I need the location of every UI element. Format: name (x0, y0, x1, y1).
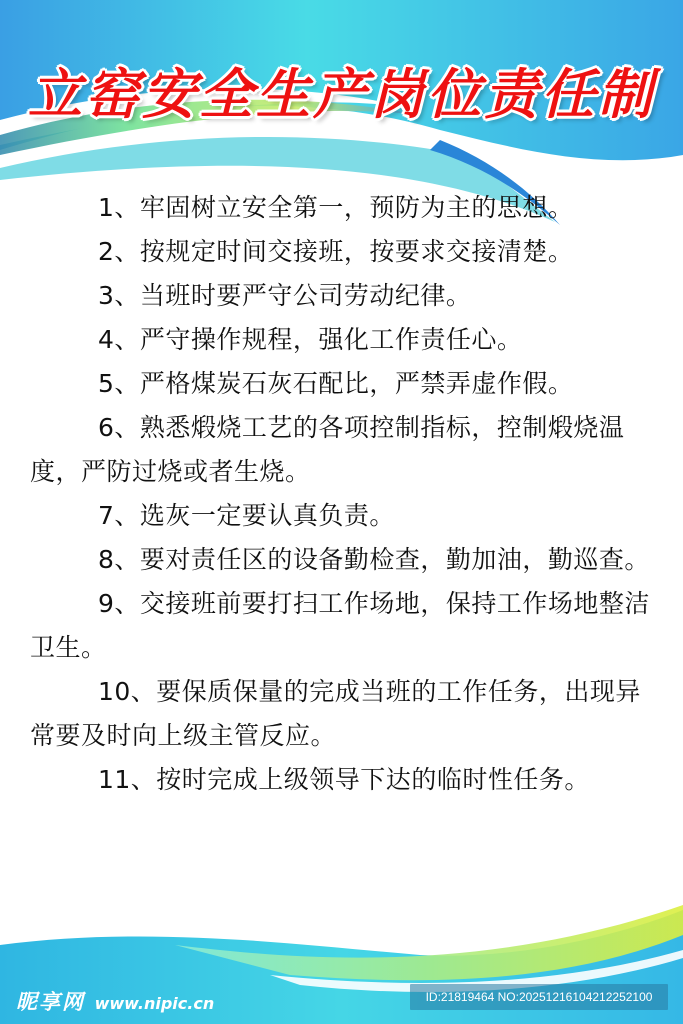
rule-item-11: 11、按时完成上级领导下达的临时性任务。 (30, 758, 655, 802)
watermark-logo: 昵享网 www.nipic.cn (16, 986, 214, 1016)
rule-item-2: 2、按规定时间交接班，按要求交接清楚。 (30, 230, 655, 274)
page-title: 立窑安全生产岗位责任制 (0, 52, 683, 129)
rule-item-10: 10、要保质保量的完成当班的工作任务，出现异常要及时向上级主管反应。 (30, 670, 655, 758)
rule-item-1: 1、牢固树立安全第一，预防为主的思想。 (30, 186, 655, 230)
logo-text: 昵享网 (16, 990, 85, 1014)
rule-item-3: 3、当班时要严守公司劳动纪律。 (30, 274, 655, 318)
rules-list: 1、牢固树立安全第一，预防为主的思想。 2、按规定时间交接班，按要求交接清楚。 … (30, 186, 655, 802)
rule-item-8: 8、要对责任区的设备勤检查，勤加油，勤巡查。 (30, 538, 655, 582)
rule-item-6: 6、熟悉煅烧工艺的各项控制指标，控制煅烧温度，严防过烧或者生烧。 (30, 406, 655, 494)
image-id-badge: ID:21819464 NO:20251216104212252100 (410, 984, 668, 1010)
logo-url: www.nipic.cn (95, 994, 215, 1013)
safety-poster: 立窑安全生产岗位责任制 1、牢固树立安全第一，预防为主的思想。 2、按规定时间交… (0, 0, 683, 1024)
rule-item-9: 9、交接班前要打扫工作场地，保持工作场地整洁卫生。 (30, 582, 655, 670)
rule-item-7: 7、选灰一定要认真负责。 (30, 494, 655, 538)
rule-item-5: 5、严格煤炭石灰石配比，严禁弄虚作假。 (30, 362, 655, 406)
rule-item-4: 4、严守操作规程，强化工作责任心。 (30, 318, 655, 362)
